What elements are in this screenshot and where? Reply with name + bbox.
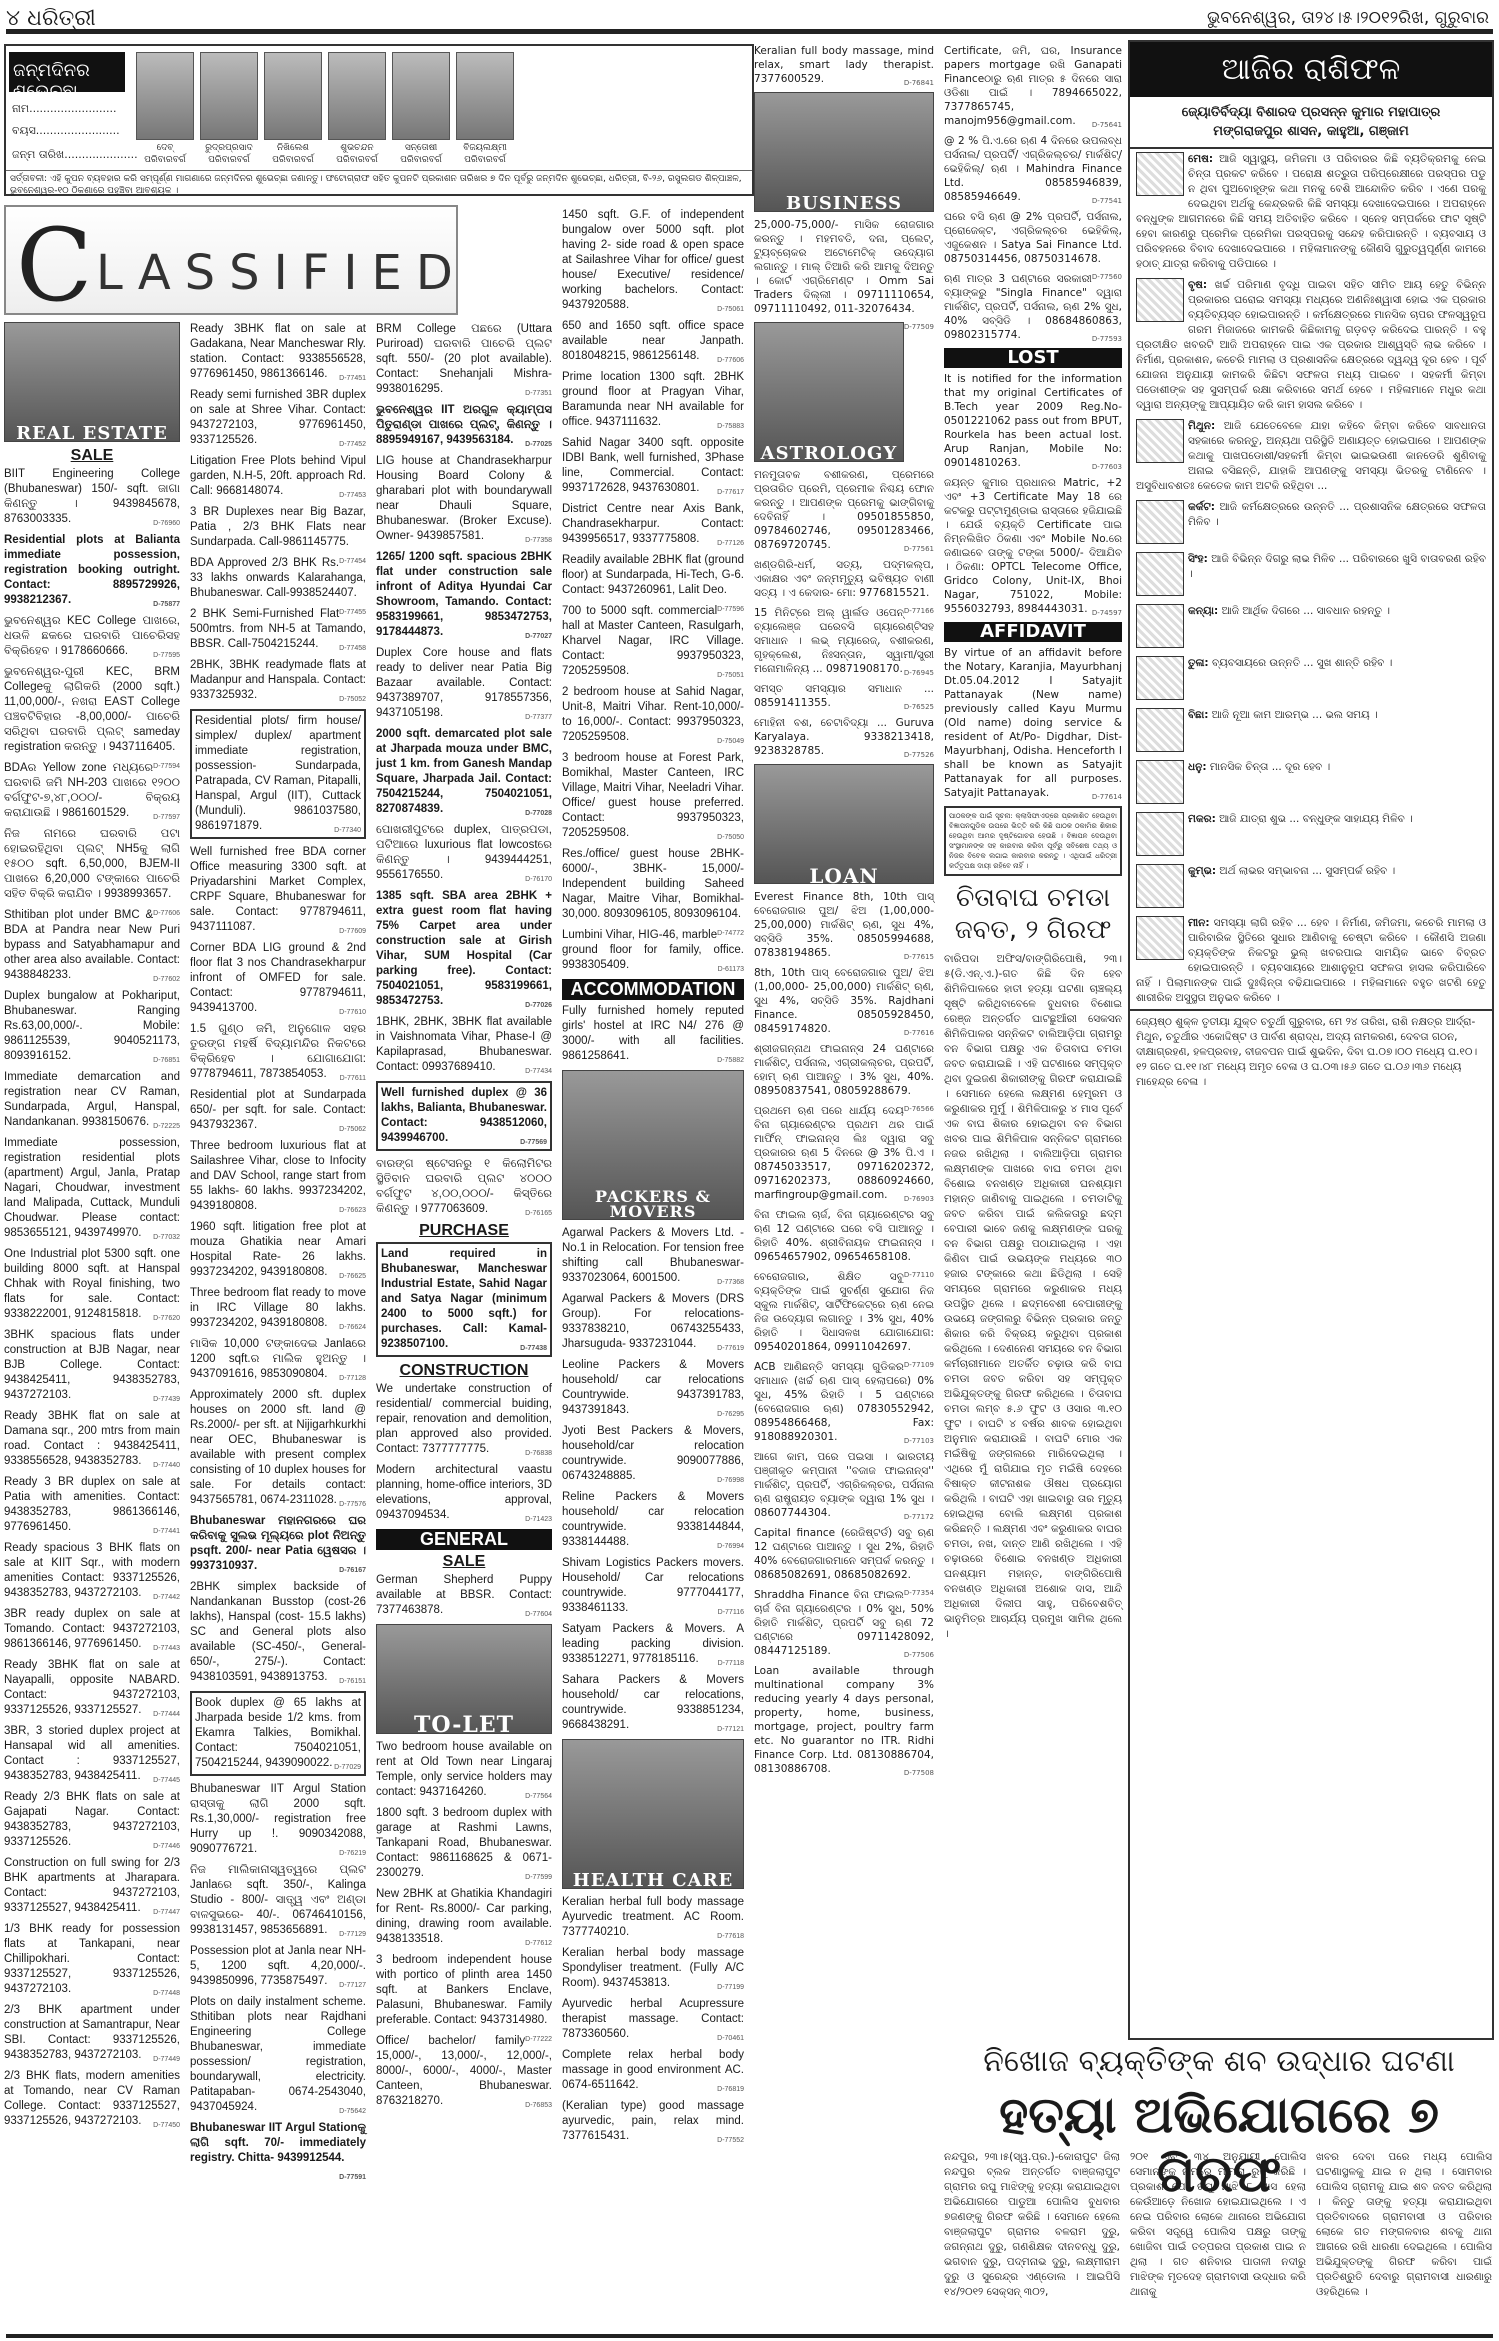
ad-code: D-77612: [525, 1936, 552, 1951]
classified-ad: German Shepherd Puppy available at BBSR.…: [376, 1573, 552, 1618]
classified-ad: Two bedroom house available on rent at O…: [376, 1740, 552, 1800]
classified-ad: 700 to 5000 sqft. commercial hall at Mas…: [562, 604, 744, 679]
column-rent: 1450 sqft. G.F. of independent bungalow …: [562, 208, 744, 2150]
classified-ad: ନିଜ ନାମରେ ଘରବାରି ପଟା ହୋଇରହିଥିବା ପ୍ଲଟ୍ NH…: [4, 827, 180, 902]
ad-code: D-77166: [904, 604, 934, 618]
column-real-estate-sale: REAL ESTATE SALE BIIT Engineering Colleg…: [4, 322, 180, 2135]
classified-ad: Loan available through multinational com…: [754, 1664, 934, 1776]
ad-code: D-77604: [525, 1607, 552, 1622]
classified-ad: 3BHK spacious flats under construction a…: [4, 1328, 180, 1403]
classified-ad: 8th, 10th ପାସ୍ ବେରୋଜଗାର ପୁଅ/ ଝିଅ (1,00,0…: [754, 966, 934, 1036]
ad-code: D-77027: [525, 629, 552, 644]
ad-code: D-77594: [153, 759, 180, 774]
horoscope-box: ଆଜିର ରାଶିଫଳ ଜ୍ୟୋତିର୍ବିଦ୍ୟା ବିଶାରଦ ପ୍ରସନ୍…: [1128, 40, 1494, 2040]
reader-disclaimer: ପାଠକଙ୍କ ପାଇଁ ସୂଚନା: କ୍ଲାସିଫାଏଡ୍‌ରେ ପ୍ରକା…: [944, 806, 1122, 876]
classified-ad: Ready 2/3 BHK flats on sale at Gajapati …: [4, 1790, 180, 1850]
child-photo: [264, 52, 322, 140]
ad-code: D-76167: [339, 1563, 366, 1578]
ad-code: D-76853: [525, 2098, 552, 2113]
zodiac-sign-entry: କୁମ୍ଭ: ଅର୍ଥ ଲାଭର ସମ୍ଭାବନା ... ସୁସମ୍ପର୍କ …: [1130, 861, 1492, 913]
classified-ad: Ayurvedic herbal Acupressure therapist m…: [562, 1997, 744, 2042]
classified-ad: 3 bedroom house at Forest Park, Bomikhal…: [562, 751, 744, 841]
classified-ad: Bhubaneswar ମହାନଗରରେ ଘର କରିବାକୁ ସୁଲଭ ମୂଲ…: [190, 1514, 366, 1574]
section-purchase: PURCHASE: [376, 1223, 552, 1238]
ad-code: D-77508: [904, 1766, 934, 1780]
birthday-title: ଜନ୍ମଦିନର ଶୁଭେଚ୍ଛା: [9, 52, 125, 92]
classified-ad: Sahara Packers & Movers household/ car r…: [562, 1673, 744, 1733]
classified-ad: Ready 3BHK flat on sale at Damana sqr., …: [4, 1409, 180, 1469]
panjika-box: ଜ୍ୟେଷ୍ଠ ଶୁକ୍ଳ ତୃତୀୟା ଯୁକ୍ତ ଚତୁର୍ଥୀ ଗୁରୁବ…: [1130, 1009, 1492, 1094]
field-age: ବୟସ........................: [12, 124, 120, 138]
classified-ad: 1BHK, 2BHK, 3BHK flat available in Vaish…: [376, 1015, 552, 1075]
business-image: BUSINESS: [754, 92, 934, 212]
classified-ad: Bhubaneswar IIT Argul Station ରାସ୍ତାକୁ ଲ…: [190, 1782, 366, 1857]
ad-code: D-72225: [153, 1119, 180, 1134]
classified-ad: BRM College ପଛରେ (Uttara Puriroad) ଘରବାର…: [376, 322, 552, 397]
news-col-3: ଖବର ଦେବା ପରେ ମଧ୍ୟ ପୋଲିସ ଘଟଣାସ୍ଥଳକୁ ଯାଇ ନ…: [1316, 2150, 1492, 2300]
zodiac-icon: [1136, 656, 1184, 700]
classified-ad: Everest Finance 8th, 10th ପାସ୍ ବେରୋଜଗାର …: [754, 890, 934, 960]
ad-code: D-77449: [153, 2052, 180, 2067]
zodiac-sign-entry: ବୃଷ: ଖର୍ଚ୍ଚ ପରିମାଣ ବୃଦ୍ଧି ପାଇବା ସହିତ ସୀମ…: [1130, 275, 1492, 416]
ad-code: D-77377: [525, 710, 552, 725]
news-kicker: ନିଖୋଜ ବ୍ୟକ୍ତିଙ୍କ ଶବ ଉଦ୍ଧାର ଘଟଣା: [944, 2044, 1494, 2079]
classified-ad: Reline Packers & Movers household/ car r…: [562, 1490, 744, 1550]
ad-code: D-77116: [718, 1605, 744, 1620]
ad-code: D-77439: [153, 1392, 180, 1407]
ad-code: D-77172: [904, 1510, 934, 1524]
classified-ad: ଭୁବନେଶ୍ୱର IIT ଅରଗୁଳ କ୍ୟାମ୍ପସ ପିତୁରାଣ୍ଡା …: [376, 403, 552, 448]
classified-ad: Ready spacious 3 BHK flats on sale at KI…: [4, 1541, 180, 1601]
zodiac-sign-entry: ମେଷ: ଆଜି ସ୍ୱାସ୍ଥ୍ୟ, ଜମିଜମା ଓ ପରିବାରର କିଛ…: [1130, 149, 1492, 275]
classified-ad: Sahid Nagar 3400 sqft. opposite IDBI Ban…: [562, 436, 744, 496]
ad-code: D-77029: [334, 1760, 361, 1775]
classified-ad: ମନମୁତାବକ ବଶୀକରଣ, ପ୍ରେମରେ ପ୍ରତାରିତ ପ୍ରେମି…: [754, 468, 934, 552]
ad-code: D-76994: [717, 1539, 744, 1554]
dateline: ଭୁବନେଶ୍ୱର, ତା୨୪।୫।୨୦୧୨ରିଖ, ଗୁରୁବାର: [1207, 8, 1489, 28]
classified-ad: New 2BHK at Ghatikia Khandagiri for Rent…: [376, 1887, 552, 1947]
birthday-wishes-box: ଜନ୍ମଦିନର ଶୁଭେଚ୍ଛା ନାମ...................…: [4, 44, 754, 196]
ad-code: D-77569: [520, 1135, 547, 1150]
classified-ad: 1265/ 1200 sqft. spacious 2BHK flat unde…: [376, 550, 552, 640]
ad-code: D-76566: [904, 1102, 934, 1116]
classified-ad: Book duplex @ 65 lakhs at Jharpada besid…: [190, 1691, 366, 1776]
classified-ad: ବାରଙ୍ଗ ଷ୍ଟେସନରୁ ୧ କିଲୋମିଟର ସ୍ଥିତିବାନ ଘରବ…: [376, 1157, 552, 1217]
classified-ad: Fully furnished homely reputed girls' ho…: [562, 1004, 744, 1064]
ad-code: D-76903: [904, 1192, 934, 1206]
ad-code: D-77618: [717, 1929, 744, 1944]
astrology-image: ASTROLOGY: [754, 322, 904, 462]
ad-code: D-77447: [153, 1905, 180, 1920]
classified-ad: ବିନା ଫାଇଲ ଚାର୍ଜ, ବିନା ଗ୍ୟାରେଣ୍ଟର ସବୁ ଋଣ …: [754, 1208, 934, 1264]
real-estate-image: REAL ESTATE: [4, 322, 180, 442]
ad-code: D-77619: [717, 1341, 744, 1356]
zodiac-sign-entry: ମୀନ: ସମସ୍ୟା ଲାଗି ରହିବ ... ହେବ । ନିର୍ମାଣ,…: [1130, 913, 1492, 1009]
ad-code: D-77444: [153, 1707, 180, 1722]
zodiac-sign-entry: ମିଥୁନ: ଆଜି ଯେତେବେଳେ ଯାହା କହିବେ କିମ୍ବା କର…: [1130, 416, 1492, 497]
classified-ad: Modern architectural vaastu planning, ho…: [376, 1463, 552, 1523]
ad-code: D-77127: [339, 1978, 366, 1993]
news-col-1: ନନ୍ଦପୁର, ୨୩।୫(ସ୍ୱ.ପ୍ର.)-କୋରାପୁଟ ଜିଲା ନନ୍…: [944, 2150, 1120, 2300]
ad-code: D-77340: [334, 823, 361, 838]
ad-code: D-77599: [525, 1870, 552, 1885]
ad-code: D-77446: [153, 1839, 180, 1854]
ad-code: D-77118: [718, 1656, 744, 1671]
classified-ad: Three bedroom flat ready to move in IRC …: [190, 1286, 366, 1331]
child-photo: [328, 52, 386, 140]
ad-code: D-61173: [718, 962, 744, 977]
classified-ad: Possession plot at Janla near NH-5, 1200…: [190, 1944, 366, 1989]
ad-code: D-71423: [525, 1512, 552, 1527]
ad-code: D-77595: [153, 648, 180, 663]
ad-code: D-76170: [525, 872, 552, 887]
classified-ad: Res./office/ guest house 2BHK- 6000/-, 3…: [562, 847, 744, 922]
classified-ad: @ 2 % ପି.ଏ.ରେ ଋଣ 4 ଦିନରେ ଉପଲବ୍ଧ ପର୍ସନାଲ/…: [944, 134, 1122, 204]
classified-ad: (Keralian type) good massage ayurvedic, …: [562, 2099, 744, 2144]
ad-code: D-77552: [717, 2133, 744, 2148]
ad-code: D-76151: [339, 1674, 366, 1689]
classified-ad: 2/3 BHK flats, modern amenities at Toman…: [4, 2069, 180, 2129]
field-name: ନାମ.........................: [12, 102, 117, 116]
ad-code: D-77615: [904, 950, 934, 964]
section-general: GENERAL: [376, 1529, 552, 1550]
ad-code: D-77611: [340, 1071, 366, 1086]
ad-code: D-75050: [717, 830, 744, 845]
ad-code: D-77434: [525, 1064, 552, 1079]
classified-ad: District Centre near Axis Bank, Chandras…: [562, 502, 744, 547]
ad-code: D-77453: [339, 488, 366, 503]
classified-ad: Keralian herbal full body massage Ayurve…: [562, 1895, 744, 1940]
ad-code: D-76945: [904, 666, 934, 680]
ad-code: D-77025: [525, 437, 552, 452]
classified-ad: Ready 3BHK flat on sale at Nayapalli, op…: [4, 1658, 180, 1718]
ad-code: D-77445: [153, 1773, 180, 1788]
classified-ad: 2000 sqft. demarcated plot sale at Jharp…: [376, 727, 552, 817]
horoscope-author: ଜ୍ୟୋତିର୍ବିଦ୍ୟା ବିଶାରଦ ପ୍ରସନ୍ନ କୁମାର ମହାପ…: [1130, 97, 1492, 149]
classified-ad: Satyam Packers & Movers. A leading packi…: [562, 1622, 744, 1667]
classified-ad: ଭୁବନେଶ୍ୱର-ପୁରୀ KEC, BRM Collegeକୁ ଲାଗିକର…: [4, 665, 180, 755]
ad-code: D-77450: [153, 2118, 180, 2133]
classified-ad: Residential plot at Sundarpada 650/- per…: [190, 1088, 366, 1133]
ad-code: D-77032: [153, 1230, 180, 1245]
zodiac-icon: [1136, 419, 1184, 463]
classified-ad: Agarwal Packers & Movers Ltd. - No.1 in …: [562, 1226, 744, 1286]
classified-ad: Plots on daily instalment scheme. Sthiti…: [190, 1995, 366, 2115]
classified-ad: ACB ଆଣିଛନ୍ତି ସମସ୍ୟା ଗୁଡିକର ସମାଧାନ (ଖର୍ଚ୍…: [754, 1360, 934, 1444]
news-body-leopard: ବାରିପଦା ଅଫିସ/ବାଙ୍ଗିରିପୋଷି, ୨୩।୫(ଡି.ଏନ୍.ଏ…: [944, 952, 1122, 1642]
ad-code: D-76819: [717, 2082, 744, 2097]
zodiac-icon: [1136, 500, 1184, 544]
ad-code: D-77368: [717, 1275, 744, 1290]
ad-code: D-75052: [339, 692, 366, 707]
classified-ad: BIIT Engineering College (Bhubaneswar) 1…: [4, 467, 180, 527]
ad-code: D-75642: [339, 2104, 366, 2119]
ad-code: D-77448: [153, 1986, 180, 2001]
classified-ad: 25,000-75,000/- ମାସିକ ରୋଜଗାର କରନ୍ତୁ । ମହ…: [754, 218, 934, 316]
ad-code: D-77603: [1092, 460, 1122, 474]
ad-code: D-77564: [525, 1789, 552, 1804]
ad-code: D-76838: [525, 1446, 552, 1461]
classified-ad: 1450 sqft. G.F. of independent bungalow …: [562, 208, 744, 313]
ad-code: D-77606: [153, 906, 180, 921]
zodiac-icon: [1136, 864, 1184, 908]
classified-ad: By virtue of an affidavit before the Not…: [944, 646, 1122, 800]
zodiac-sign-entry: ସିଂହ: ଆଜି ବିଭିନ୍ନ ଦିଗରୁ ଲାଭ ମିଳିବ ... ପର…: [1130, 549, 1492, 601]
ad-code: D-75883: [717, 419, 744, 434]
classified-ad: ଆଗେ କାମ, ପରେ ପଇସା । ଭାରତୀୟ ପଞ୍ଜୀକୃତ କମ୍ପ…: [754, 1450, 934, 1520]
ad-code: D-77616: [904, 1026, 934, 1040]
ad-code: D-77358: [525, 533, 552, 548]
section-general-sale: SALE: [376, 1554, 552, 1569]
classified-ad: Residential plots at Balianta immediate …: [4, 533, 180, 608]
ad-code: D-75877: [153, 597, 180, 612]
ad-code: D-77110: [904, 1268, 934, 1282]
ad-code: D-77451: [339, 371, 366, 386]
ad-code: D-76625: [339, 1269, 366, 1284]
classified-ad: Complete relax herbal body massage in go…: [562, 2048, 744, 2093]
classified-ad: 3BR ready duplex on sale at Tomando. Con…: [4, 1607, 180, 1652]
zodiac-icon: [1136, 604, 1184, 648]
ad-code: D-77452: [339, 437, 366, 452]
classified-ad: 3 bedroom independent house with portico…: [376, 1953, 552, 2028]
classified-ad: 2BHK simplex backside of Nandankanan Bus…: [190, 1580, 366, 1685]
classified-ad: 2/3 BHK apartment under construction at …: [4, 2003, 180, 2063]
classified-ad: 1800 sqft. 3 bedroom duplex with garage …: [376, 1806, 552, 1881]
ad-code: D-70461: [717, 2031, 744, 2046]
classified-ad: Three bedroom luxurious flat at Sailashr…: [190, 1139, 366, 1214]
birthday-terms: ସର୍ତ୍ତାବଳୀ: ଏହି କୁପନ ବ୍ୟବହାର କରି ସମ୍ପୂର୍…: [6, 170, 752, 199]
classified-ad: Ready 3 BR duplex on sale at Patia with …: [4, 1475, 180, 1535]
ad-code: D-77561: [904, 542, 934, 556]
classified-ad: Leoline Packers & Movers household/ car …: [562, 1358, 744, 1418]
classified-ad: ଭୁବନେଶ୍ୱର KEC College ପାଖରେ, ଧଉଳି ଛକରେ ଘ…: [4, 614, 180, 659]
ad-code: D-77602: [153, 972, 180, 987]
zodiac-sign-entry: ବିଛା: ଆଜି ନୂଆ କାମ ଆରମ୍ଭ ... ଭଲ ସମୟ ।: [1130, 705, 1492, 757]
loan-image: LOAN: [754, 764, 934, 884]
ad-code: D-76623: [339, 1203, 366, 1218]
section-lost: LOST: [944, 348, 1122, 368]
ad-code: D-77509: [904, 320, 934, 334]
classified-ad: 3 BR Duplexes near Big Bazar, Patia , 2/…: [190, 505, 366, 550]
ad-code: D-77126: [717, 536, 744, 551]
ad-code: D-77199: [717, 1980, 744, 1995]
ad-code: D-77354: [904, 1586, 934, 1600]
ad-code: D-75061: [717, 302, 744, 317]
ad-code: D-76295: [717, 1407, 744, 1422]
ad-code: D-77121: [717, 1722, 744, 1737]
classified-ad: ସମସ୍ତ ସମସ୍ୟାର ସମାଧାନ ... 08591411355. D-…: [754, 682, 934, 710]
classified-ad: ଜୟନ୍ତ କୁମାର ପ୍ରଧାନର Matric, +2 ଏବଂ +3 Ce…: [944, 476, 1122, 616]
section-sale: SALE: [4, 448, 180, 463]
classified-ad: Immediate demarcation and registration n…: [4, 1070, 180, 1130]
ad-code: D-75049: [717, 734, 744, 749]
ad-code: D-77596: [717, 602, 744, 617]
ad-code: D-75882: [717, 1053, 744, 1068]
classified-ad: Approximately 2000 sft. duplex houses on…: [190, 1388, 366, 1508]
ad-code: D-76998: [717, 1473, 744, 1488]
classified-ad: Litigation Free Plots behind Vipul garde…: [190, 454, 366, 499]
ad-code: D-77576: [339, 1497, 366, 1512]
zodiac-sign-entry: କନ୍ୟା: ଆଜି ଆର୍ଥିକ ଦିଗରେ ... ସାବଧାନ ରହନ୍ତ…: [1130, 601, 1492, 653]
zodiac-sign-entry: କର୍କଟ: ଆଜି କର୍ମକ୍ଷେତ୍ରରେ ଉନ୍ନତି ... ପ୍ରଶ…: [1130, 497, 1492, 549]
ad-code: D-77606: [717, 353, 744, 368]
page-header: ୪ ଧରିତ୍ରୀ ଭୁବନେଶ୍ୱର, ତା୨୪।୫।୨୦୧୨ରିଖ, ଗୁର…: [6, 4, 1493, 34]
classified-ad: Corner BDA LIG ground & 2nd floor flat 3…: [190, 941, 366, 1016]
ad-code: D-77351: [525, 386, 552, 401]
classified-ad: 2BHK, 3BHK readymade flats at Madanpur a…: [190, 658, 366, 703]
classified-ad: ଘରେ ବସି ଋଣ @ 2% ପ୍ରପର୍ଟି, ପର୍ସନାଲ, ପ୍ରୋଜ…: [944, 210, 1122, 266]
section-affidavit: AFFIDAVIT: [944, 622, 1122, 642]
classified-ad: 1.5 ଗୁଣ୍ଠ ଜମି, ଅନୁଗୋଳ ସହର ତୁରଙ୍ଗ ମହର୍ଷି …: [190, 1022, 366, 1082]
classified-ad: Prime location 1300 sqft. 2BHK ground fl…: [562, 370, 744, 430]
news-col-2: ୨୦୧ ଏବଂ ୩୪ ଅନୁଯାୟୀ ପୋଲିସ ସେମାନଙ୍କ ନାମରେ …: [1130, 2150, 1306, 2300]
classified-ad: Construction on full swing for 2/3 BHK a…: [4, 1856, 180, 1916]
section-accommodation: ACCOMMODATION: [562, 979, 744, 1000]
ad-code: D-77222: [525, 2032, 552, 2047]
classified-ad: ଖଣ୍ଡଗିରି-ଧର୍ମ, ସତ୍ୟ, ପଦ୍ମକଲ୍ପ, ଏକାକ୍ଷର ଏ…: [754, 558, 934, 600]
ad-code: D-77455: [339, 605, 366, 620]
ad-code: D-77442: [153, 1590, 180, 1605]
ad-code: D-76525: [904, 700, 934, 714]
classified-ad: Immediate possession, registration resid…: [4, 1136, 180, 1241]
classified-ad: 1385 sqft. SBA area 2BHK + extra guest r…: [376, 889, 552, 1009]
section-construction: CONSTRUCTION: [376, 1363, 552, 1378]
to-let-image: TO-LET: [376, 1624, 552, 1734]
ad-code: D-77109: [904, 1358, 934, 1372]
zodiac-icon: [1136, 916, 1184, 960]
classified-ad: ପୋଖରୀପୁଟରେ duplex, ପାତ୍ରପଡା, ପଟିଆରେ luxu…: [376, 823, 552, 883]
classified-ad: 1960 sqft. litigation free plot at mouza…: [190, 1220, 366, 1280]
zodiac-icon: [1136, 152, 1184, 196]
column-business-loan: Keralian full body massage, mind relax, …: [754, 44, 934, 1782]
classified-ad: ମୋହିନୀ ବଶ, ଚେଟାବିଦ୍ୟା ... Guruva Karyala…: [754, 716, 934, 758]
ad-code: D-76851: [153, 1053, 180, 1068]
classified-ad: Ready semi furnished 3BR duplex on sale …: [190, 388, 366, 448]
child-photo: [392, 52, 450, 140]
ad-code: D-77128: [339, 1371, 366, 1386]
child-photo: [456, 52, 514, 140]
classified-ad: Duplex Core house and flats ready to del…: [376, 646, 552, 721]
classified-ad: We undertake construction of residential…: [376, 1382, 552, 1457]
horoscope-title: ଆଜିର ରାଶିଫଳ: [1130, 42, 1492, 97]
classified-ad: Ready 3BHK flat on sale at Gadakana, Nea…: [190, 322, 366, 382]
ad-code: D-77617: [717, 485, 744, 500]
zodiac-icon: [1136, 552, 1184, 596]
zodiac-sign-entry: ଧନୁ: ମାନସିକ ଚିନ୍ତା ... ଦୂର ହେବ ।: [1130, 757, 1492, 809]
classified-ad: 3BR, 3 storied duplex project at Hansapa…: [4, 1724, 180, 1784]
page-number: ୪ ଧରିତ୍ରୀ: [6, 6, 96, 31]
classified-ad: Agarwal Packers & Movers (DRS Group). Fo…: [562, 1292, 744, 1352]
column-sale-2: Ready 3BHK flat on sale at Gadakana, Nea…: [190, 322, 366, 2185]
column-finance-notices: Certificate, ଜମି, ଘର, Insurance papers m…: [944, 44, 1122, 1642]
ad-code: D-76219: [339, 1846, 366, 1861]
ad-code: D-77458: [339, 641, 366, 656]
classified-ad: LIG house at Chandrasekharpur Housing Bo…: [376, 454, 552, 544]
ad-code: D-77129: [339, 1927, 366, 1942]
child-photo: [200, 52, 258, 140]
ad-code: D-77526: [904, 748, 934, 762]
classified-ad: Residential plots/ firm house/ simplex/ …: [190, 709, 366, 839]
classified-ad: One Industrial plot 5300 sqft. one build…: [4, 1247, 180, 1322]
ad-code: D-76624: [339, 1320, 366, 1335]
ad-code: D-77593: [1092, 332, 1122, 346]
ad-code: D-74772: [717, 926, 744, 941]
ad-code: D-77614: [1092, 790, 1122, 804]
column-sale-3: BRM College ପଛରେ (Uttara Puriroad) ଘରବାର…: [376, 322, 552, 2115]
classified-ad: Capital finance (ରେଜିଷ୍ଟର୍ଡ) ସବୁ ଋଣ 12 ଘ…: [754, 1526, 934, 1582]
ad-code: D-75641: [1092, 118, 1122, 132]
classified-ad: Readily available 2BHK flat (ground floo…: [562, 553, 744, 598]
child-photo: [136, 52, 194, 140]
classified-ad: Certificate, ଜମି, ଘର, Insurance papers m…: [944, 44, 1122, 128]
ad-code: D-77506: [904, 1648, 934, 1662]
ad-code: D-75062: [339, 1122, 366, 1137]
classified-ad: Keralian full body massage, mind relax, …: [754, 44, 934, 86]
ad-code: D-77620: [153, 1311, 180, 1326]
ad-code: D-77597: [153, 810, 180, 825]
classified-ad: Well furnished free BDA corner Office me…: [190, 845, 366, 935]
classified-ad: Lumbini Vihar, HIG-46, marble ground flo…: [562, 928, 744, 973]
classified-ad: 2 bedroom house at Sahid Nagar, Unit-8, …: [562, 685, 744, 745]
health-care-image: HEALTH CARE: [562, 1739, 744, 1889]
classified-banner: C LASSIFIED: [4, 205, 458, 315]
classified-ad: 1/3 BHK ready for possession flats at Ta…: [4, 1922, 180, 1997]
photo-caption: ବିଜୟଲକ୍ଷ୍ମୀପରିବାରବର୍ଗ: [445, 142, 525, 166]
ad-code: D-77609: [339, 924, 366, 939]
classified-ad: Bhubaneswar IIT Argul Stationକୁ ଲାଗି sqf…: [190, 2121, 366, 2166]
classified-ad: ବେରୋଜଗାର, ଶିକ୍ଷିତ ସବୁ ବ୍ୟକ୍ତିଙ୍କ ପାଇଁ ସୁ…: [754, 1270, 934, 1354]
page-footer-rule: [6, 2334, 1493, 2338]
zodiac-icon: [1136, 812, 1184, 856]
zodiac-icon: [1136, 760, 1184, 804]
classified-ad: ମାସିକ 10,000 ଟଙ୍କାଦେଇ Janlaରେ 1200 sqft.…: [190, 1337, 366, 1382]
ad-code: D-74597: [1092, 606, 1122, 620]
classified-ad: ନିଜ ମାଲିକାନାସ୍ୱତ୍ୱରେ ପ୍ଲଟ Janlaରେ sqft. …: [190, 1863, 366, 1938]
ad-code: D-77610: [339, 1005, 366, 1020]
zodiac-icon: [1136, 278, 1184, 322]
classified-ad: It is notified for the information that …: [944, 372, 1122, 470]
field-dob: ଜନ୍ମ ତାରିଖ.....................: [12, 148, 138, 162]
purchase-ad: Land required in Bhubaneswar, Mancheswar…: [376, 1242, 552, 1357]
classified-ad: ପ୍ରଥମେ ଋଣ ପରେ ଧାର୍ଯ୍ୟ ଦେୟ ବିନା ଗ୍ୟାରେଣ୍ଟ…: [754, 1104, 934, 1202]
ad-code: D-75051: [717, 668, 744, 683]
ad-code: D-77028: [525, 806, 552, 821]
ad-code: D-77441: [153, 1524, 180, 1539]
ad-code: D-76960: [153, 516, 180, 531]
ad-code: D-76165: [525, 1206, 552, 1221]
ad-code: D-77026: [525, 998, 552, 1013]
ad-code: D-77443: [153, 1641, 180, 1656]
classified-ad: Keralian herbal body massage Spondyliser…: [562, 1946, 744, 1991]
classified-ad: Well furnished duplex @ 36 lakhs, Balian…: [376, 1081, 552, 1151]
zodiac-icon: [1136, 708, 1184, 752]
ad-code: D-77560: [1092, 270, 1122, 284]
ad-code: D-77454: [339, 554, 366, 569]
zodiac-sign-entry: ତୁଳା: ବ୍ୟବସାୟରେ ଉନ୍ନତି ... ସୁଖ ଶାନ୍ତି ରହ…: [1130, 653, 1492, 705]
classified-ad: Duplex bungalow at Pokhariput, Bhubanesw…: [4, 989, 180, 1064]
news-headline-leopard: ଚିତାବାଘ ଚମଡା ଜବତ, ୨ ଗିରଫ: [944, 882, 1122, 946]
zodiac-sign-entry: ମକର: ଆଜି ଯାତ୍ରା ଶୁଭ ... ବନ୍ଧୁଙ୍କ ସାହାଯ୍ୟ…: [1130, 809, 1492, 861]
ad-code: D-77440: [153, 1458, 180, 1473]
classified-ad: ଶ୍ରୀଜଗନ୍ନାଥ ଫାଇନାନ୍ସ 24 ଘଣ୍ଟାରେ ମାର୍କଶିଟ…: [754, 1042, 934, 1098]
classified-ad: 650 and 1650 sqft. office space availabl…: [562, 319, 744, 364]
ad-code: D-77541: [1092, 194, 1122, 208]
classified-ad: Shivam Logistics Packers movers. Househo…: [562, 1556, 744, 1616]
ad-code: D-77591: [339, 2170, 366, 2185]
classified-ad: Jyoti Best Packers & Movers, household/c…: [562, 1424, 744, 1484]
packers-movers-image: PACKERS & MOVERS: [562, 1070, 744, 1220]
ad-code: D-77103: [904, 1434, 934, 1448]
